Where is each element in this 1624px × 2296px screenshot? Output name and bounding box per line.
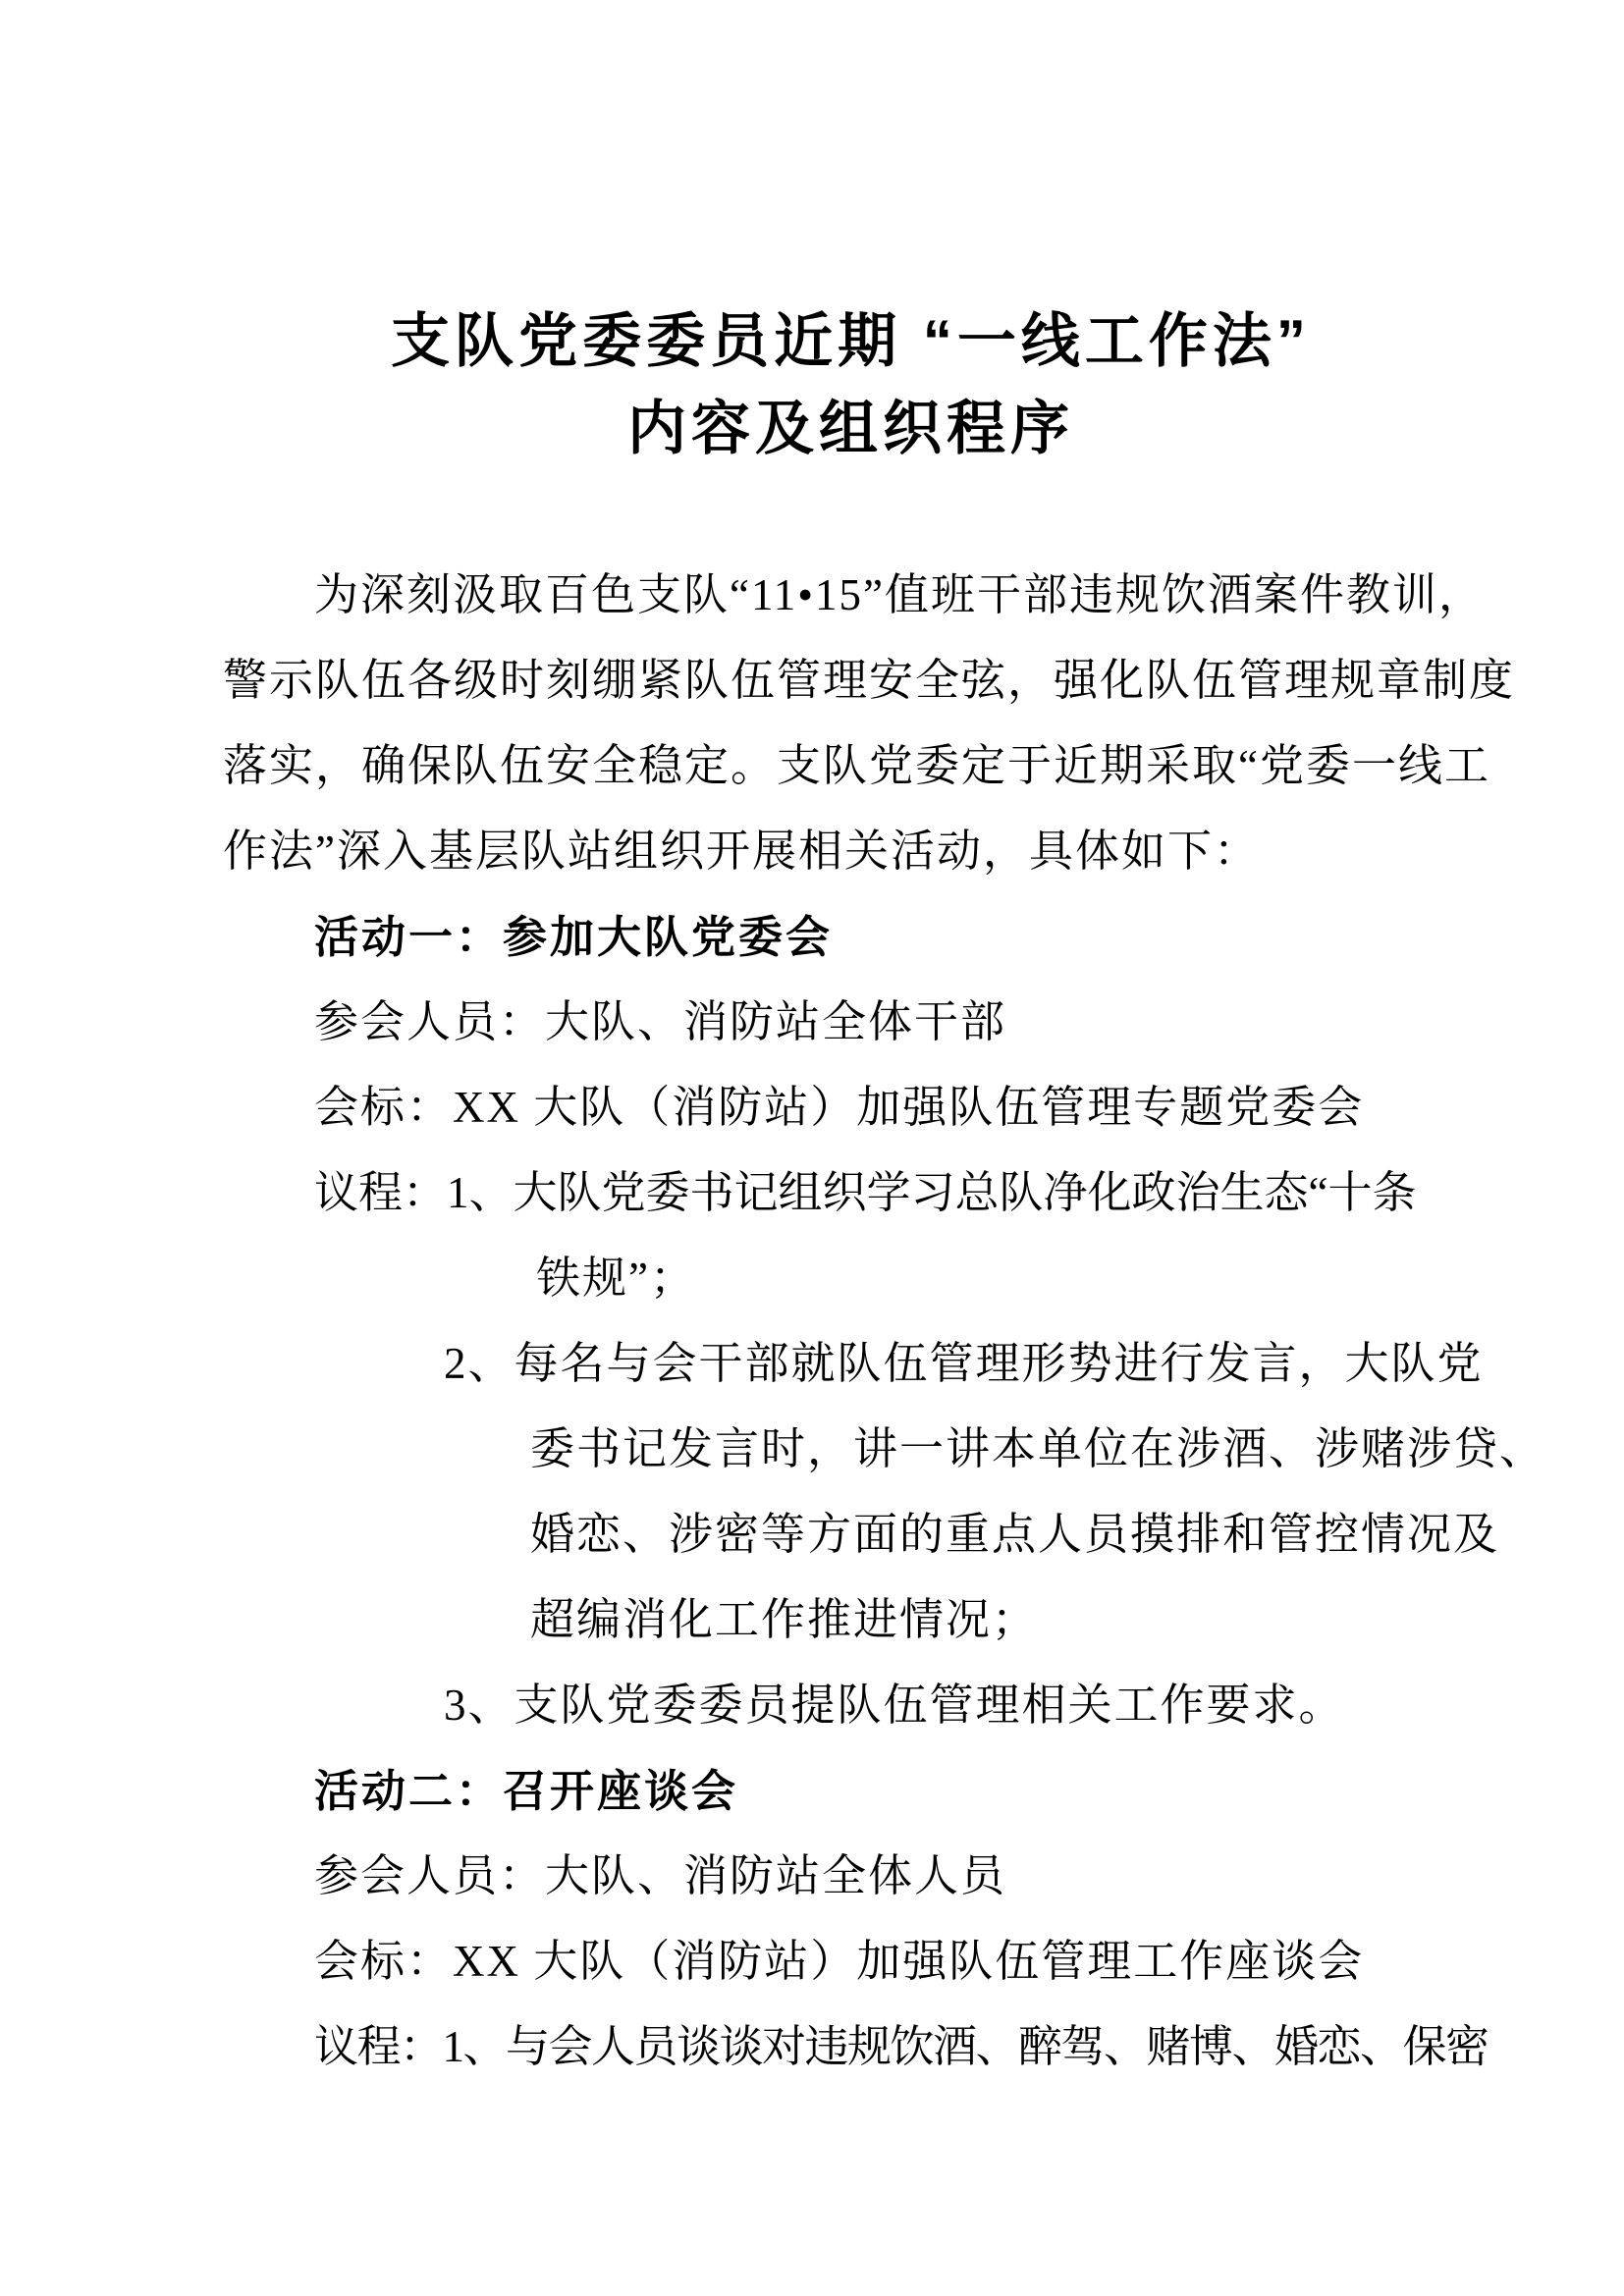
intro-line-3: 落实，确保队伍安全稳定。支队党委定于近期采取“党委一线工	[223, 723, 1479, 809]
activity1-heading: 活动一：参加大队党委会	[223, 894, 1479, 980]
title-line-2: 内容及组织程序	[223, 385, 1479, 472]
document-body: 为深刻汲取百色支队“11•15”值班干部违规饮酒案件教训， 警示队伍各级时刻绷紧…	[223, 553, 1479, 2090]
intro-line-1: 为深刻汲取百色支队“11•15”值班干部违规饮酒案件教训，	[223, 553, 1479, 638]
activity1-agenda-item2-c: 婚恋、涉密等方面的重点人员摸排和管控情况及	[223, 1492, 1479, 1577]
activity1-agenda-item2-b: 委书记发言时，讲一讲本单位在涉酒、涉赌涉贷、	[223, 1407, 1479, 1492]
activity1-agenda-item1-b: 铁规”；	[223, 1236, 1479, 1321]
activity2-participants: 参会人员：大队、消防站全体人员	[223, 1834, 1479, 1919]
intro-line-2: 警示队伍各级时刻绷紧队伍管理安全弦，强化队伍管理规章制度	[223, 638, 1479, 723]
activity1-agenda-item2-a: 2、每名与会干部就队伍管理形势进行发言，大队党	[223, 1321, 1479, 1407]
activity2-agenda-item1: 议程：1、与会人员谈谈对违规饮酒、醉驾、赌博、婚恋、保密	[223, 2004, 1479, 2090]
title-line-1: 支队党委委员近期 “一线工作法”	[223, 297, 1479, 385]
activity1-banner: 会标：XX 大队（消防站）加强队伍管理专题党委会	[223, 1065, 1479, 1150]
intro-line-4: 作法”深入基层队站组织开展相关活动，具体如下：	[223, 809, 1479, 894]
activity1-agenda-item2-d: 超编消化工作推进情况；	[223, 1577, 1479, 1663]
document-title: 支队党委委员近期 “一线工作法” 内容及组织程序	[223, 297, 1479, 472]
document-page: 支队党委委员近期 “一线工作法” 内容及组织程序 为深刻汲取百色支队“11•15…	[0, 0, 1624, 2296]
activity2-heading: 活动二：召开座谈会	[223, 1748, 1479, 1834]
activity1-participants: 参会人员：大队、消防站全体干部	[223, 980, 1479, 1065]
activity2-banner: 会标：XX 大队（消防站）加强队伍管理工作座谈会	[223, 1919, 1479, 2004]
activity1-agenda-item3: 3、支队党委委员提队伍管理相关工作要求。	[223, 1663, 1479, 1748]
activity1-agenda-item1-a: 议程：1、大队党委书记组织学习总队净化政治生态“十条	[223, 1150, 1479, 1236]
